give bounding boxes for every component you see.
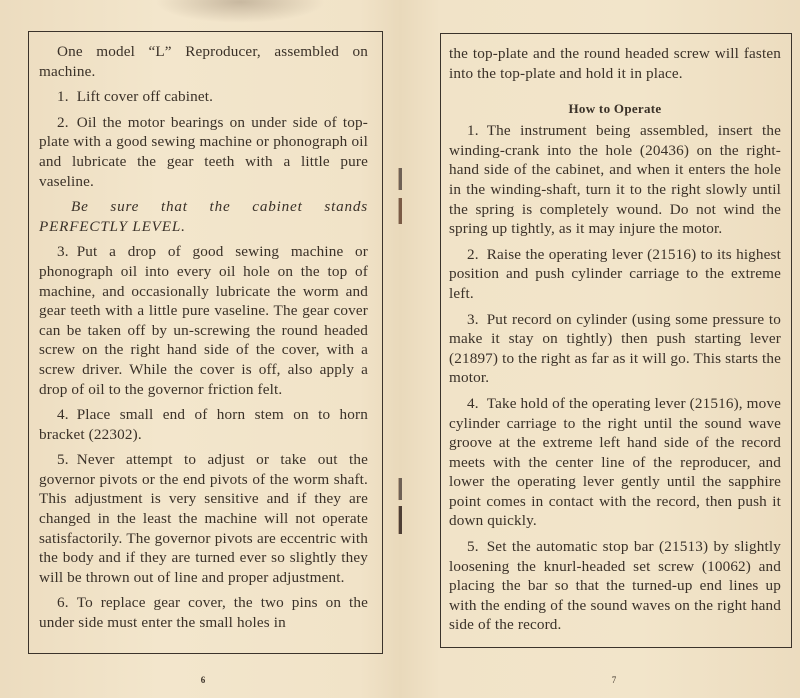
intro-paragraph: One model “L” Reproducer, assembled on m… bbox=[39, 42, 368, 81]
page-6-text-frame: One model “L” Reproducer, assembled on m… bbox=[28, 31, 383, 654]
operate-step-3-paragraph: 3.Put record on cylinder (using some pre… bbox=[449, 310, 781, 388]
step-number: 5. bbox=[467, 538, 479, 555]
step-1-paragraph: 1.Lift cover off cabinet. bbox=[39, 87, 368, 107]
step-number: 1. bbox=[467, 122, 479, 139]
page-7: the top-plate and the round headed screw… bbox=[400, 0, 800, 698]
step-2-paragraph: 2.Oil the motor bearings on under side o… bbox=[39, 113, 368, 191]
step-5-paragraph: 5.Never attempt to adjust or take out th… bbox=[39, 450, 368, 587]
step-number: 4. bbox=[57, 406, 69, 423]
operate-step-2-paragraph: 2.Raise the operating lever (21516) to i… bbox=[449, 245, 781, 304]
step-number: 3. bbox=[467, 311, 479, 328]
step-3-paragraph: 3.Put a drop of good sewing machine or p… bbox=[39, 242, 368, 399]
step-number: 3. bbox=[57, 243, 69, 260]
page-7-text-frame: the top-plate and the round headed screw… bbox=[440, 33, 792, 648]
step-number: 1. bbox=[57, 88, 69, 105]
step-6-paragraph: 6.To replace gear cover, the two pins on… bbox=[39, 593, 368, 632]
operate-step-1-paragraph: 1.The instrument being assembled, insert… bbox=[449, 121, 781, 239]
page-number: 6 bbox=[0, 675, 403, 685]
level-warning-note: Be sure that the cabinet stands PERFECTL… bbox=[39, 197, 368, 236]
operate-step-4-paragraph: 4.Take hold of the operating lever (2151… bbox=[449, 394, 781, 531]
continuation-paragraph: the top-plate and the round headed screw… bbox=[449, 44, 781, 83]
section-heading: How to Operate bbox=[449, 101, 781, 117]
step-4-paragraph: 4.Place small end of horn stem on to hor… bbox=[39, 405, 368, 444]
step-number: 2. bbox=[57, 114, 69, 131]
step-number: 2. bbox=[467, 246, 479, 263]
booklet-spread: One model “L” Reproducer, assembled on m… bbox=[0, 0, 800, 698]
step-number: 6. bbox=[57, 594, 69, 611]
page-number: 7 bbox=[400, 675, 800, 685]
operate-step-5-paragraph: 5.Set the automatic stop bar (21513) by … bbox=[449, 537, 781, 635]
step-number: 4. bbox=[467, 395, 479, 412]
page-6: One model “L” Reproducer, assembled on m… bbox=[0, 0, 400, 698]
step-number: 5. bbox=[57, 451, 69, 468]
